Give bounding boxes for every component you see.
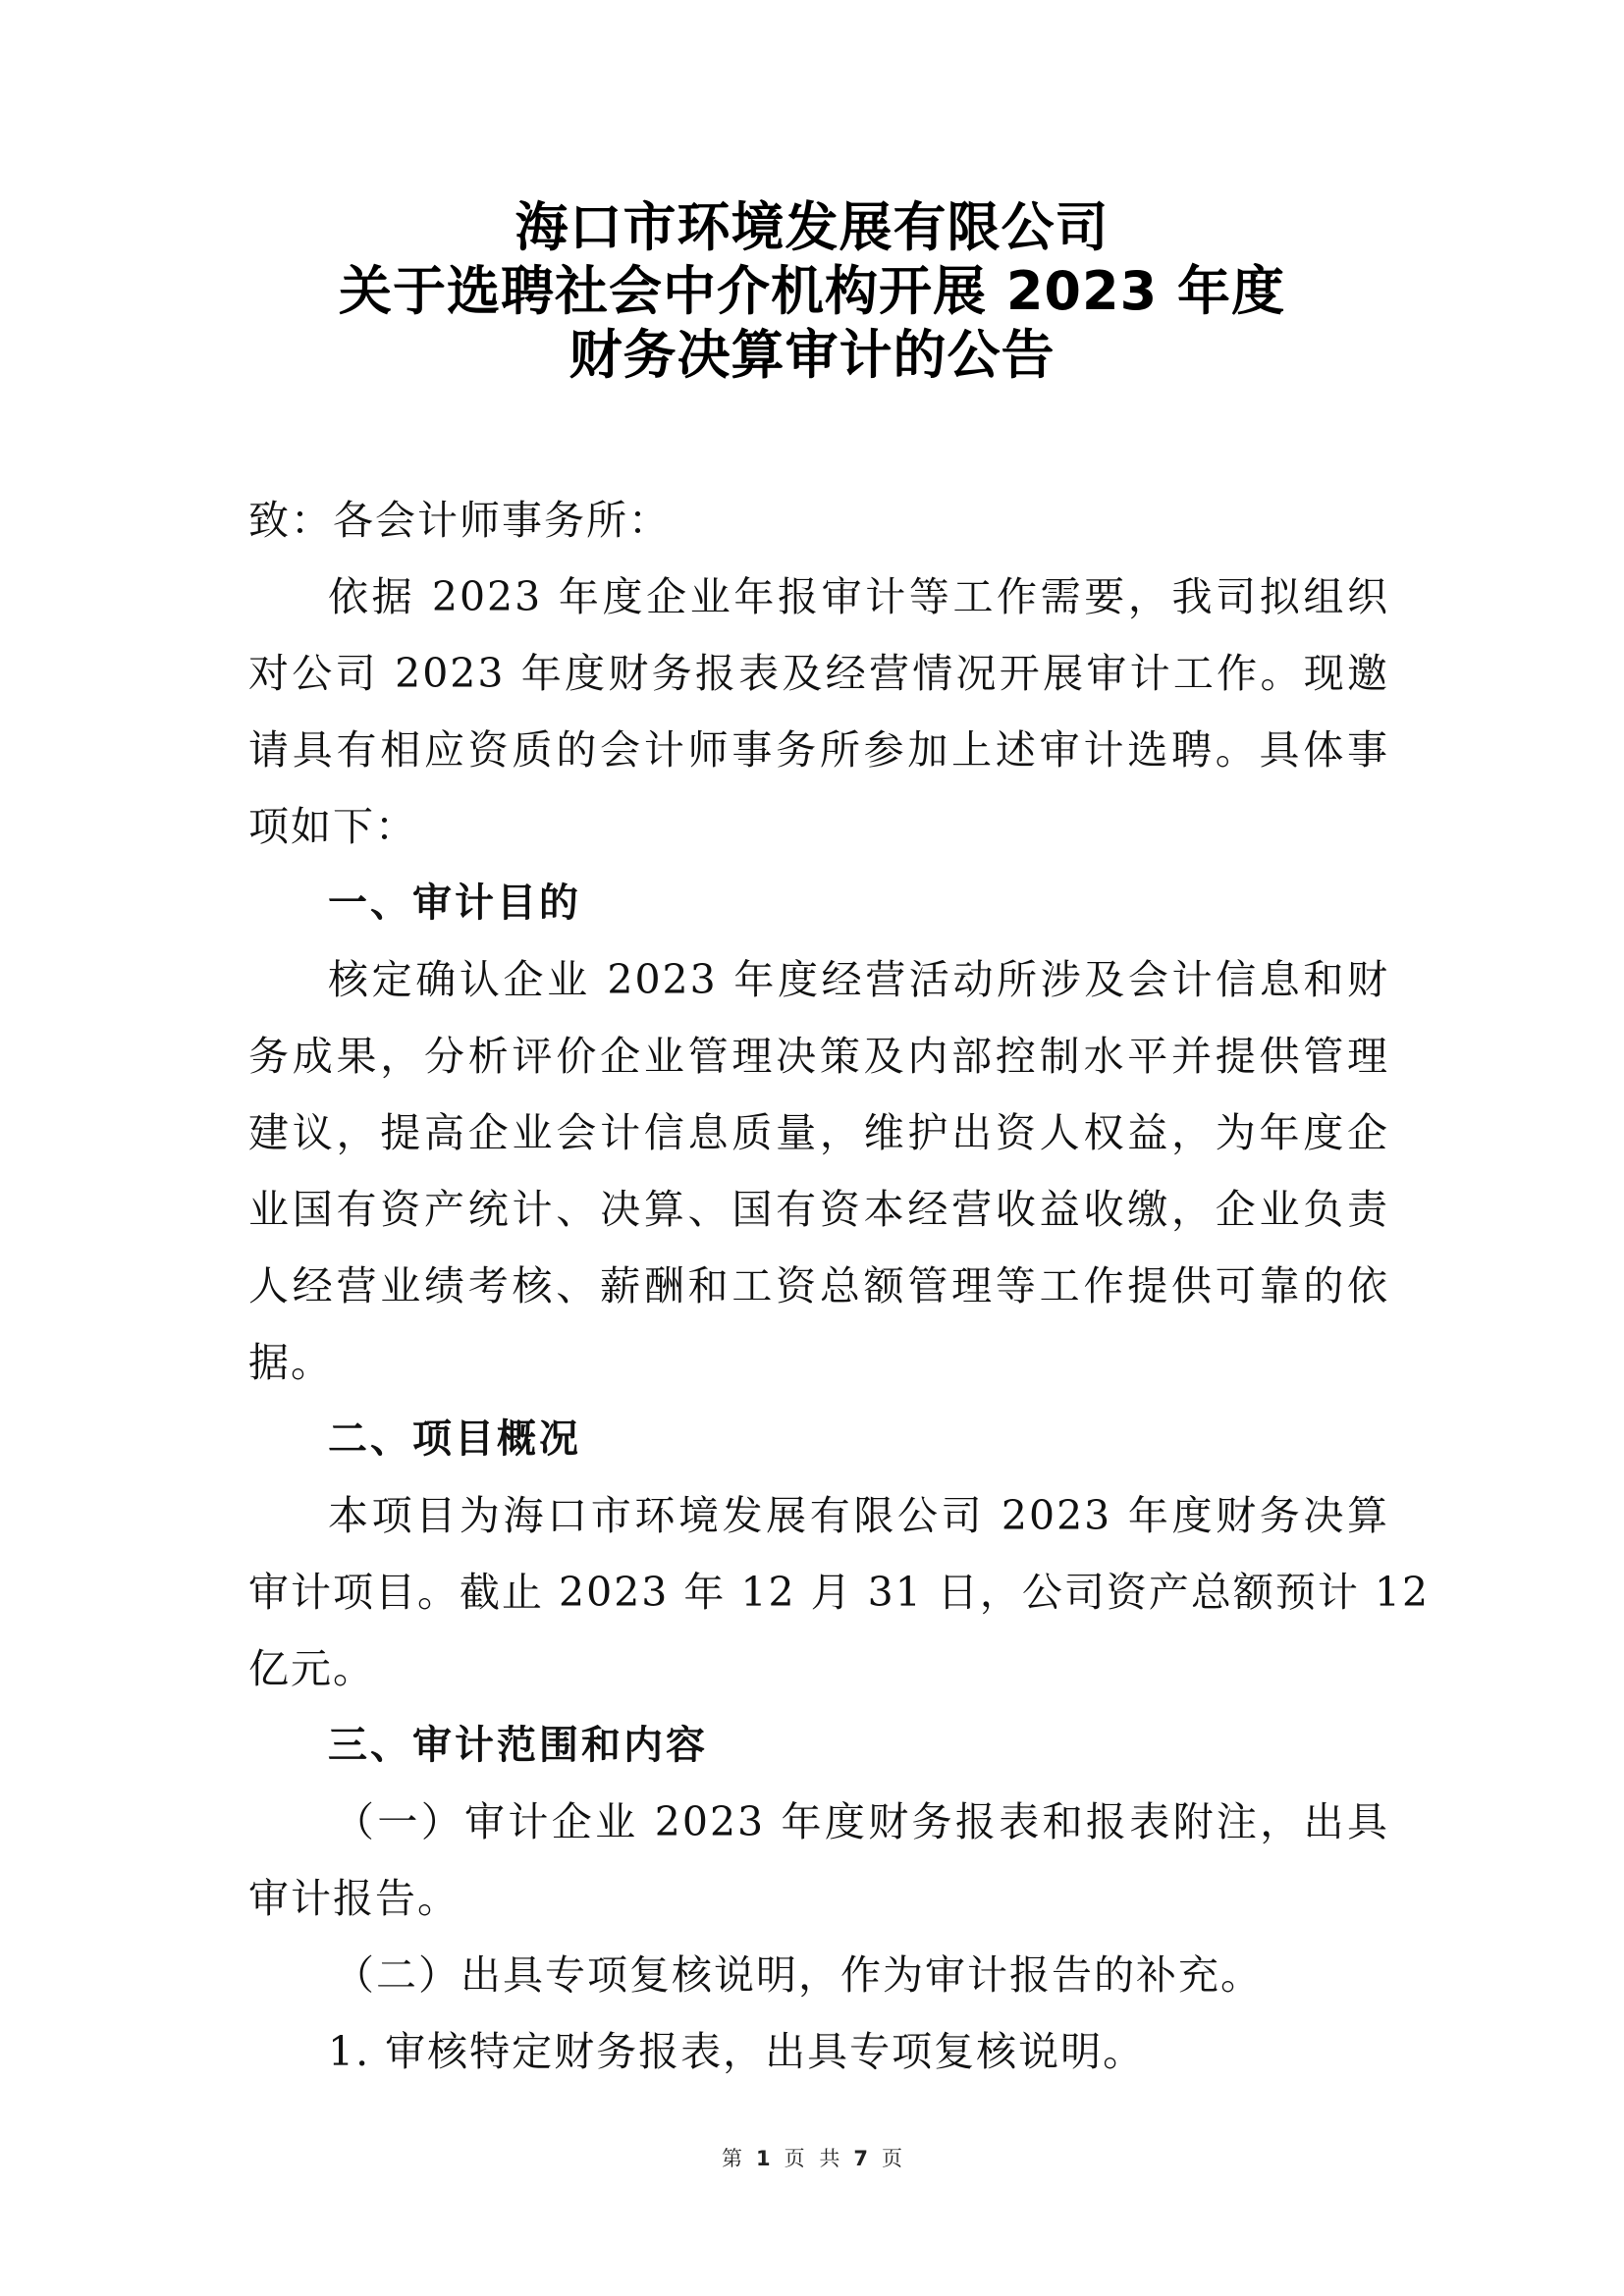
intro-line: 请具有相应资质的会计师事务所参加上述审计选聘。具体事 <box>248 725 1389 774</box>
salutation: 致：各会计师事务所： <box>248 496 1389 545</box>
intro-line: 项如下： <box>248 802 1389 851</box>
section-heading-audit-purpose: 一、审计目的 <box>328 879 581 928</box>
paragraph-line: 务成果，分析评价企业管理决策及内部控制水平并提供管理 <box>248 1032 1389 1081</box>
footer-suffix: 页 <box>882 2147 902 2170</box>
current-page-number: 1 <box>756 2147 771 2170</box>
paragraph-line: 亿元。 <box>248 1644 1389 1693</box>
intro-line: 对公司 2023 年度财务报表及经营情况开展审计工作。现邀 <box>248 649 1389 698</box>
paragraph-line: 业国有资产统计、决算、国有资本经营收益收缴，企业负责 <box>248 1185 1389 1234</box>
footer-total-prefix: 共 <box>819 2147 839 2170</box>
scope-item-2-line: （二）出具专项复核说明，作为审计报告的补充。 <box>334 1950 1475 2000</box>
scope-item-1-line: （一）审计企业 2023 年度财务报表和报表附注，出具 <box>334 1797 1389 1846</box>
paragraph-line: 建议，提高企业会计信息质量，维护出资人权益，为年度企 <box>248 1108 1389 1157</box>
total-pages-number: 7 <box>853 2147 868 2170</box>
scope-item-1-line: 审计报告。 <box>248 1874 1389 1923</box>
section-heading-project-overview: 二、项目概况 <box>328 1415 581 1464</box>
scope-item-2-1-line: 1. 审核特定财务报表，出具专项复核说明。 <box>328 2027 1469 2076</box>
title-line-3: 财务决算审计的公告 <box>0 324 1624 387</box>
title-line-1: 海口市环境发展有限公司 <box>0 196 1624 259</box>
footer-page-word: 页 <box>785 2147 805 2170</box>
intro-line: 依据 2023 年度企业年报审计等工作需要，我司拟组织 <box>328 572 1389 621</box>
paragraph-line: 人经营业绩考核、薪酬和工资总额管理等工作提供可靠的依 <box>248 1261 1389 1310</box>
paragraph-line: 审计项目。截止 2023 年 12 月 31 日，公司资产总额预计 12 <box>248 1568 1389 1617</box>
paragraph-line: 本项目为海口市环境发展有限公司 2023 年度财务决算 <box>328 1491 1389 1540</box>
section-heading-audit-scope: 三、审计范围和内容 <box>328 1721 708 1770</box>
page-footer: 第1页 共7页 <box>0 2143 1624 2172</box>
title-line-2: 关于选聘社会中介机构开展 2023 年度 <box>0 260 1624 323</box>
paragraph-line: 据。 <box>248 1338 1389 1387</box>
paragraph-line: 核定确认企业 2023 年度经营活动所涉及会计信息和财 <box>328 955 1389 1004</box>
footer-prefix: 第 <box>722 2147 742 2170</box>
